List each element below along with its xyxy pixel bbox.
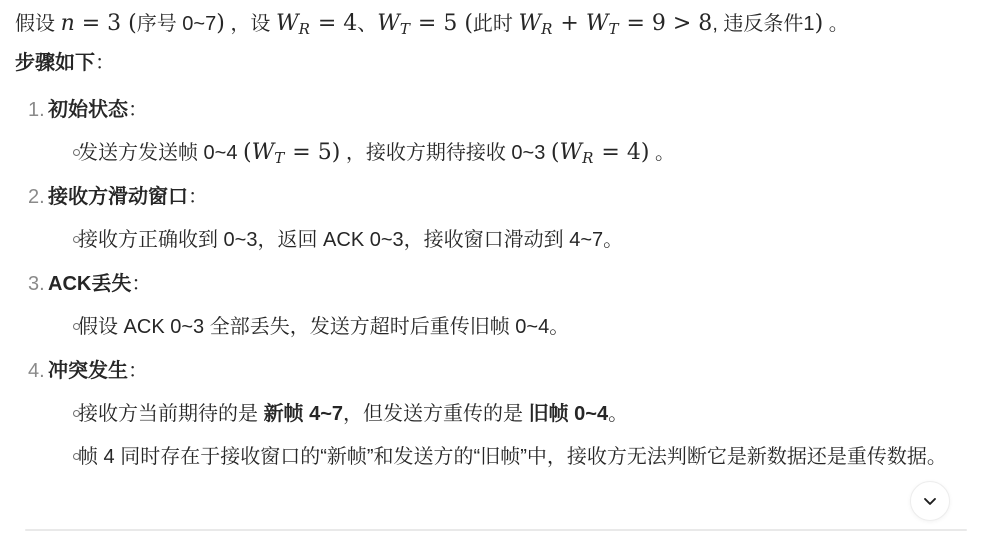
- list-sub-item: 假设 ACK 0~3 全部丢失，发送方超时后重传旧帧 0~4。: [15, 310, 975, 345]
- step-item: 1.初始状态： 发送方发送帧 0~4 (WT = 5) ，接收方期待接收 0~3…: [15, 93, 975, 171]
- step-item: 3.ACK丢失： 假设 ACK 0~3 全部丢失，发送方超时后重传旧帧 0~4。: [15, 267, 975, 345]
- bullet-text: 接收方正确收到 0~3，返回 ACK 0~3，接收窗口滑动到 4~7。: [78, 229, 623, 251]
- steps-list: 1.初始状态： 发送方发送帧 0~4 (WT = 5) ，接收方期待接收 0~3…: [15, 93, 975, 475]
- bullet-text: 帧 4 同时存在于接收窗口的“新帧”和发送方的“旧帧”中，接收方无法判断它是新数…: [78, 446, 947, 468]
- step-number: 3.: [28, 267, 48, 302]
- step-number: 4.: [28, 354, 48, 389]
- intro-paragraph: 假设 n = 3 (序号 0~7) ，设 WR = 4、WT = 5 (此时 W…: [15, 7, 975, 42]
- document-page: 假设 n = 3 (序号 0~7) ，设 WR = 4、WT = 5 (此时 W…: [0, 0, 987, 536]
- step-number: 2.: [28, 180, 48, 215]
- scroll-to-bottom-button[interactable]: [910, 481, 950, 521]
- chevron-down-icon: [920, 491, 940, 511]
- step-title: 3.ACK丢失：: [15, 267, 975, 302]
- step-title-text: 接收方滑动窗口：: [48, 186, 208, 208]
- bullet-icon: [73, 410, 80, 417]
- step-number: 1.: [28, 93, 48, 128]
- bullet-icon: [73, 149, 80, 156]
- step-title-text: 冲突发生：: [48, 360, 148, 382]
- step-title: 1.初始状态：: [15, 93, 975, 128]
- document-content: 假设 n = 3 (序号 0~7) ，设 WR = 4、WT = 5 (此时 W…: [0, 0, 987, 475]
- bullet-icon: [73, 453, 80, 460]
- list-sub-item: 帧 4 同时存在于接收窗口的“新帧”和发送方的“旧帧”中，接收方无法判断它是新数…: [15, 440, 975, 475]
- step-title: 2.接收方滑动窗口：: [15, 180, 975, 215]
- list-sub-item: 接收方当前期待的是 新帧 4~7，但发送方重传的是 旧帧 0~4。: [15, 397, 975, 432]
- step-title: 4.冲突发生：: [15, 354, 975, 389]
- bullet-icon: [73, 323, 80, 330]
- bullet-text: 接收方当前期待的是 新帧 4~7，但发送方重传的是 旧帧 0~4。: [78, 403, 628, 425]
- bullet-text: 发送方发送帧 0~4 (WT = 5) ，接收方期待接收 0~3 (WR = 4…: [78, 142, 675, 164]
- step-item: 4.冲突发生： 接收方当前期待的是 新帧 4~7，但发送方重传的是 旧帧 0~4…: [15, 354, 975, 475]
- bottom-divider: [25, 529, 967, 531]
- bullet-icon: [73, 236, 80, 243]
- list-sub-item: 发送方发送帧 0~4 (WT = 5) ，接收方期待接收 0~3 (WR = 4…: [15, 136, 975, 171]
- steps-heading: 步骤如下：: [15, 46, 975, 81]
- list-sub-item: 接收方正确收到 0~3，返回 ACK 0~3，接收窗口滑动到 4~7。: [15, 223, 975, 258]
- step-title-text: 初始状态：: [48, 99, 148, 121]
- bullet-text: 假设 ACK 0~3 全部丢失，发送方超时后重传旧帧 0~4。: [78, 316, 569, 338]
- step-title-text: ACK丢失：: [48, 273, 151, 295]
- step-item: 2.接收方滑动窗口： 接收方正确收到 0~3，返回 ACK 0~3，接收窗口滑动…: [15, 180, 975, 258]
